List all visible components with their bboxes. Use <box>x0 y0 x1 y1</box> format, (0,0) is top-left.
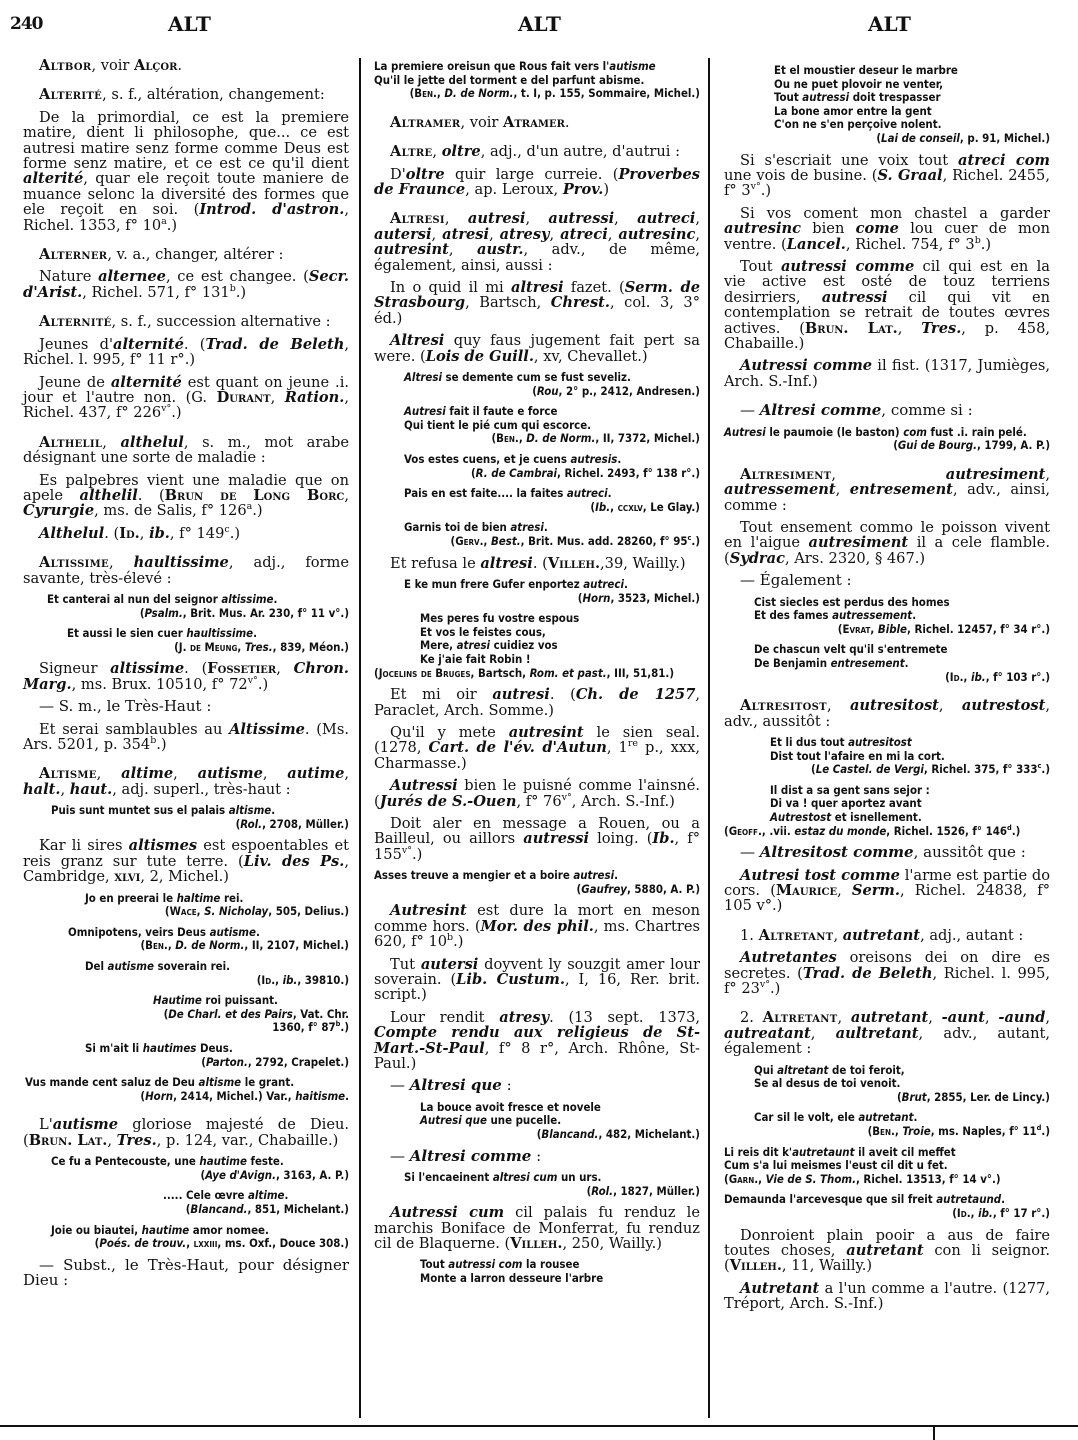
italic-text: Rou <box>537 384 559 398</box>
italic-text: hautime <box>199 1154 247 1168</box>
text-run: .) <box>171 404 181 421</box>
text-run: roi puissant. <box>202 993 278 1007</box>
prose-citation: Nature alternee, ce est changee. (Secr. … <box>23 269 349 300</box>
italic-text: haut. <box>70 781 113 798</box>
text-run: Joie ou biautei, <box>51 1223 142 1237</box>
text-run: , 839, Méon.) <box>273 640 349 654</box>
source-reference: (R. de Cambrai, Richel. 2493, f° 138 r°.… <box>404 467 700 481</box>
prose-citation: Autresint est dure la mort en meson comm… <box>374 903 700 949</box>
italic-text: Brut <box>902 1090 927 1104</box>
prose-citation: Donroient plain pooir a aus de faire tou… <box>724 1228 1050 1274</box>
source-reference: (De Charl. et des Pairs, Vat. Chr. 1360,… <box>153 1008 349 1035</box>
text-run: . <box>284 1188 288 1202</box>
verse-line: Qu'il le jette del torment e del parfunt… <box>374 74 700 88</box>
italic-text: autreci <box>567 486 608 500</box>
text-run: Cist siecles est perdus des homes <box>754 595 950 609</box>
verse-citation: Autresi fait il faute e forceQui tient l… <box>374 405 700 446</box>
verse-line: De Benjamin entresement. <box>754 657 1050 671</box>
text-run: , <box>898 320 921 337</box>
italic-text: entresement <box>831 656 905 670</box>
italic-text: De Charl. et des Pairs <box>168 1007 293 1021</box>
verse-citation: Jo en preerai le haltime rei.(Wace, S. N… <box>23 892 349 919</box>
text-run: , 11, Wailly.) <box>782 1257 872 1274</box>
verse-line: Et el moustier deseur le marbre <box>774 64 1050 78</box>
column-divider <box>359 58 361 1418</box>
italic-text: autresis <box>571 452 618 466</box>
text-run: , <box>971 1206 978 1220</box>
italic-text: Lois de Guill. <box>426 348 534 365</box>
source-reference: (Lai de conseil, p. 91, Michel.) <box>774 132 1050 146</box>
verse-line: Li reis dit k'autretaunt il aveit cil me… <box>724 1146 1050 1160</box>
text-run: . <box>912 608 916 622</box>
text-run: , .vii. <box>762 824 795 838</box>
prose-citation: Kar li sires altismes est espoentables e… <box>23 838 349 884</box>
verse-citation: Vus mande cent saluz de Deu altisme le g… <box>23 1076 349 1103</box>
italic-text: Serm. <box>852 882 900 899</box>
text-run: Mere, <box>420 638 457 652</box>
italic-text: autretaund <box>936 1192 1001 1206</box>
verse-citation: Car sil le volt, ele autretant.(Ben., Tr… <box>724 1111 1050 1138</box>
text-run: , Richel. 375, f° 333 <box>924 762 1038 776</box>
italic-text: Jurés de S.-Ouen <box>380 793 517 810</box>
text-run: , t. I, p. 155, Sommaire, Michel.) <box>513 86 700 100</box>
text-run: , Le Glay.) <box>643 500 700 514</box>
text-run: , f° 17 r°.) <box>993 1206 1050 1220</box>
text-run: , <box>484 534 491 548</box>
text-run: — S. m., le Très-Haut : <box>39 697 211 715</box>
text-run: , 2° p., 2412, Andresen.) <box>559 384 700 398</box>
italic-text: Introd. d'astron. <box>199 201 344 218</box>
text-run: , <box>237 640 244 654</box>
text-run: .) <box>412 846 422 863</box>
italic-text: ib. <box>978 1206 993 1220</box>
footer-rule <box>0 1425 1078 1427</box>
italic-text: S. Graal <box>878 167 943 184</box>
text-run: , <box>837 882 852 899</box>
text-run: , II, 2107, Michel.) <box>244 938 349 952</box>
italic-text: Horn <box>582 591 610 605</box>
source-reference: (Garn., Vie de S. Thom., Richel. 13513, … <box>724 1173 1050 1187</box>
verse-citation: Il dist a sa gent sans sejor :Di va ! qu… <box>724 784 1050 838</box>
text-run: . <box>617 452 621 466</box>
verse-line: Hautime roi puissant. <box>153 994 349 1008</box>
author-name: Geoff. <box>729 824 762 838</box>
verse-line: Ke j'aie fait Robin ! <box>420 653 700 667</box>
text-run: , s. f., succession alternative : <box>112 313 331 330</box>
dictionary-entry: Altissime, haultissime, adj., forme sava… <box>23 555 349 586</box>
italic-text: Sydrac <box>730 550 785 567</box>
text-run: — <box>740 401 760 419</box>
prose-citation: Lour rendit atresy. (13 sept. 1373, Comp… <box>374 1010 700 1072</box>
text-run: une pucelle. <box>487 1113 561 1127</box>
text-column-1: Altbor, voir Alçor.Alterité, s. f., alté… <box>23 58 349 1296</box>
source-reference: (Poés. de trouv., lxxiii, ms. Oxf., Douc… <box>51 1237 349 1251</box>
italic-text: Rol. <box>591 1184 613 1198</box>
text-run: , Richel. 1526, f° 146 <box>886 824 1007 838</box>
text-run: (J. <box>174 640 190 654</box>
italic-text: Ib. <box>652 830 674 847</box>
source-reference: (Ib., ccxlv, Le Glay.) <box>404 501 700 515</box>
text-run: , ap. Leroux, <box>465 181 563 198</box>
verse-line: Monte a larron desseure l'arbre <box>420 1272 700 1286</box>
verse-citation: Hautime roi puissant.(De Charl. et des P… <box>23 994 349 1035</box>
italic-text: Le Castel. de Vergi <box>816 762 924 776</box>
verse-line: Qui tient le pié cum qui escorce. <box>404 419 700 433</box>
text-run: — Également : <box>740 571 852 589</box>
verse-line: Jo en preerai le haltime rei. <box>85 892 349 906</box>
verse-citation: Asses treuve a mengier et a boire autres… <box>374 869 700 896</box>
text-run: Qui <box>754 1063 777 1077</box>
italic-text: Althelul <box>39 525 104 542</box>
headword: Alterner <box>39 246 107 263</box>
prose-citation: Si vos coment mon chastel a garder autre… <box>724 206 1050 252</box>
text-run: Et vos le feistes cous, <box>420 625 546 639</box>
italic-text: com <box>903 425 927 439</box>
text-run: doit trespasser <box>849 90 940 104</box>
italic-text: autretaunt <box>792 1145 854 1159</box>
text-run: Et des fames <box>754 608 832 622</box>
text-run: C'on ne s'en perçoive nolent. <box>774 117 941 131</box>
text-run: de toi feroit, <box>828 1063 904 1077</box>
text-run: , Arch. S.-Inf.) <box>572 793 675 810</box>
italic-text: Altresi <box>404 370 442 384</box>
verse-line: Pais en est faite.... la faites autreci. <box>404 487 700 501</box>
text-run: .) <box>230 525 240 542</box>
author-name: Alçor <box>134 57 177 74</box>
italic-text: Tres. <box>117 1132 157 1149</box>
text-run: Demaunda l'arcevesque que sil freit <box>724 1192 936 1206</box>
text-run: , 2414, Michel.) Var., <box>173 1089 295 1103</box>
italic-text: altisme <box>199 1075 242 1089</box>
text-run: Asses treuve a mengier et a boire <box>374 868 573 882</box>
text-run: v° <box>402 845 412 856</box>
italic-text: Altresi comme <box>760 401 882 419</box>
text-run: , 505, Delius.) <box>268 904 349 918</box>
verse-line: Autresi le paumoie (le baston) com fust … <box>724 426 1050 440</box>
italic-text: R. de Cambrai <box>476 466 557 480</box>
verse-line: ..... Cele œvre altime. <box>163 1189 349 1203</box>
text-run: — Subst., le Très-Haut, pour désigner Di… <box>23 1256 349 1289</box>
text-run: , 1827, Müller.) <box>613 1184 700 1198</box>
text-run: Et canterai al nun del seignor <box>47 592 221 606</box>
text-run: , adj., d'un autre, d'autrui : <box>481 143 680 160</box>
text-run: v° <box>751 182 761 193</box>
text-run: cuidiez vos <box>490 638 558 652</box>
text-run: , voir <box>91 57 134 74</box>
italic-text: autisme <box>609 59 655 73</box>
text-run: le grant. <box>241 1075 294 1089</box>
italic-text: atresi <box>457 638 490 652</box>
headword: Alterité <box>39 86 102 103</box>
text-run: , <box>827 697 850 714</box>
italic-text: Lancel. <box>787 236 846 253</box>
text-run: Et li dus tout <box>770 735 848 749</box>
text-run: , 5880, A. P.) <box>627 882 700 896</box>
text-run: amor nomee. <box>189 1223 269 1237</box>
verse-citation: Omnipotens, veirs Deus autisme.(Ben., D.… <box>23 926 349 953</box>
italic-text: autisme <box>210 925 256 939</box>
verse-citation: Si l'encaeinent altresi cum un urs.(Rol.… <box>374 1171 700 1198</box>
italic-text: altime <box>248 1188 284 1202</box>
verse-citation: ..... Cele œvre altime.(Blancand., 851, … <box>23 1189 349 1216</box>
dictionary-entry: Altramer, voir Atramer. <box>374 115 700 130</box>
author-name: Jocelins de Bruges <box>379 666 471 680</box>
text-run: , II, 7372, Michel.) <box>595 431 700 445</box>
italic-text: entresement <box>850 481 953 498</box>
text-run: Tout <box>420 1257 448 1271</box>
italic-text: autressement <box>832 608 912 622</box>
italic-text: autrestost <box>962 697 1045 714</box>
text-run: fust .i. rain pelé. <box>927 425 1027 439</box>
text-run: , ms. Oxf., Douce 308.) <box>217 1236 349 1250</box>
italic-text: Bible <box>878 622 907 636</box>
verse-line: Cum s'a lui meismes l'eust cil dit u fet… <box>724 1159 1050 1173</box>
prose-citation: Si s'escriait une voix tout atreci com u… <box>724 153 1050 199</box>
text-run: . <box>256 925 260 939</box>
italic-text: Tres. <box>921 320 961 337</box>
italic-text: autressi com <box>448 1257 522 1271</box>
verse-line: Vus mande cent saluz de Deu altisme le g… <box>25 1076 349 1090</box>
text-run: . <box>345 1089 349 1103</box>
text-run: rei. <box>220 891 243 905</box>
prose-citation: In o quid il mi altresi fazet. (Serm. de… <box>374 280 700 326</box>
running-head-right: ALT <box>868 12 911 36</box>
italic-text: Blancand. <box>190 1202 247 1216</box>
verse-line: Si l'encaeinent altresi cum un urs. <box>404 1171 700 1185</box>
italic-text: Ib. <box>595 500 610 514</box>
text-run: , <box>107 1132 116 1149</box>
verse-line: Et vos le feistes cous, <box>420 626 700 640</box>
text-run: feste. <box>247 1154 284 1168</box>
verse-line: La bone amor entre la gent <box>774 105 1050 119</box>
verse-citation: Et canterai al nun del seignor altissime… <box>23 593 349 620</box>
source-reference: (Psalm., Brit. Mus. Ar. 230, f° 11 v°.) <box>47 607 349 621</box>
text-run: La premiere oreisun que Rous fait vers l… <box>374 59 609 73</box>
italic-text: Parton. <box>206 1055 248 1069</box>
verse-line: Ce fu a Pentecouste, une hautime feste. <box>51 1155 349 1169</box>
text-run: , <box>344 487 349 504</box>
text-run: , Richel. 13513, f° 14 v°.) <box>856 1172 1001 1186</box>
author-name: lxxiii <box>194 1236 218 1250</box>
verse-line: Se al desus de toi venoit. <box>754 1077 1050 1091</box>
author-name: xlvi <box>114 868 140 885</box>
source-reference: (Parton., 2792, Crapelet.) <box>85 1056 349 1070</box>
italic-text: Aye d'Avign. <box>205 1168 276 1182</box>
verse-line: Vos estes cuens, et je cuens autresis. <box>404 453 700 467</box>
italic-text: autretant <box>858 1110 913 1124</box>
text-run: .) <box>1041 762 1050 776</box>
text-run: v° <box>248 675 258 686</box>
verse-line: Di va ! quer aportez avant <box>770 797 1050 811</box>
sub-sense: — Altresi comme : <box>374 1149 700 1164</box>
dictionary-entry: Alterité, s. f., altération, changement: <box>23 87 349 102</box>
italic-text: Cyrurgie <box>23 502 94 519</box>
text-run: , voir <box>460 114 503 131</box>
verse-line: Garnis toi de bien atresi. <box>404 521 700 535</box>
italic-text: D. de Norm. <box>526 431 595 445</box>
source-reference: (Ben., D. de Norm., II, 7372, Michel.) <box>404 432 700 446</box>
italic-text: Best. <box>491 534 521 548</box>
source-reference: (Jocelins de Bruges, Bartsch, Rom. et pa… <box>374 667 700 681</box>
text-run: , <box>963 670 970 684</box>
text-run: , 250, Wailly.) <box>562 1235 661 1252</box>
text-run: . <box>544 520 548 534</box>
prose-citation: Altresi quy faus jugement fait pert sa w… <box>374 333 700 364</box>
verse-line: Mere, atresi cuidiez vos <box>420 639 700 653</box>
dictionary-entry: Alterner, v. a., changer, altérer : <box>23 247 349 262</box>
italic-text: Altresitost comme <box>760 843 914 861</box>
verse-line: E ke mun frere Gufer enportez autreci. <box>404 578 700 592</box>
text-run: . <box>271 803 275 817</box>
italic-text: autisme <box>108 959 154 973</box>
prose-citation: Autressi bien le puisné comme l'ainsné. … <box>374 778 700 809</box>
verse-citation: Demaunda l'arcevesque que sil freit autr… <box>724 1193 1050 1220</box>
verse-line: Autresi fait il faute e force <box>404 405 700 419</box>
text-run: , ms. Naples, f° 11 <box>931 1124 1037 1138</box>
text-run: Monte a larron desseure l'arbre <box>420 1271 603 1285</box>
text-run: , 1799, A. P.) <box>977 438 1050 452</box>
verse-line: Et li dus tout autresitost <box>770 736 1050 750</box>
prose-citation: Qu'il y mete autresint le sien seal. (12… <box>374 725 700 771</box>
text-run: .) <box>691 534 700 548</box>
text-run: Del <box>85 959 108 973</box>
italic-text: D. de Norm. <box>444 86 513 100</box>
italic-text: Gui de Bourg. <box>898 438 977 452</box>
text-run: fait il faute e force <box>446 404 558 418</box>
prose-citation: L'autisme gloriose majesté de Dieu. (Bru… <box>23 1117 349 1148</box>
text-run: se demente cum se fust seveliz. <box>442 370 631 384</box>
text-run: De Benjamin <box>754 656 831 670</box>
verse-line: Mes peres fu vostre espous <box>420 612 700 626</box>
prose-citation: Autretantes oreisons dei on dire es secr… <box>724 950 1050 996</box>
text-run: , <box>140 525 149 542</box>
author-name: Ben. <box>145 938 168 952</box>
verse-citation: Et aussi le sien cuer haultissime.(J. de… <box>23 627 349 654</box>
source-reference: (Ben., D. de Norm., II, 2107, Michel.) <box>68 939 349 953</box>
author-name: Id. <box>950 670 964 684</box>
text-run: Vus mande cent saluz de Deu <box>25 1075 199 1089</box>
italic-text: Altresi comme <box>410 1147 532 1165</box>
text-run: , <box>758 1172 765 1186</box>
text-run: , p. 91, Michel.) <box>960 131 1050 145</box>
prose-citation: Jeunes d'alternité. (Trad. de Beleth, Ri… <box>23 337 349 368</box>
italic-text: Autresi <box>404 404 446 418</box>
dictionary-entry: Alternité, s. f., succession alternative… <box>23 314 349 329</box>
italic-text: hautimes <box>143 1041 197 1055</box>
italic-text: Prov. <box>563 181 604 198</box>
prose-citation: Doit aler en message a Rouen, ou a Baill… <box>374 816 700 862</box>
dictionary-entry: Althelil, althelul, s. m., mot arabe dés… <box>23 435 349 466</box>
author-name: ccxlv <box>618 500 643 514</box>
verse-line: Puis sunt muntet sus el palais altisme. <box>51 804 349 818</box>
text-run: Ke j'aie fait Robin ! <box>420 652 531 666</box>
author-name: Brun. Lat. <box>29 1132 108 1149</box>
italic-text: Rol. <box>240 817 262 831</box>
italic-text: Autrestost <box>770 810 831 824</box>
verse-line: Asses treuve a mengier et a boire autres… <box>374 869 700 883</box>
text-run: .) <box>453 933 463 950</box>
text-run: La bone amor entre la gent <box>774 104 932 118</box>
text-run: Dist tout l'afaire en mi la cort. <box>770 749 945 763</box>
text-run: ,39, Wailly.) <box>600 555 686 572</box>
italic-text: Psalm. <box>145 606 183 620</box>
text-run: , III, 51,81.) <box>607 666 674 680</box>
verse-citation: Del autisme soverain rei.(Id., ib., 3981… <box>23 960 349 987</box>
italic-text: Troie <box>902 1124 930 1138</box>
italic-text: halt. <box>23 781 60 798</box>
verse-citation: Li reis dit k'autretaunt il aveit cil me… <box>724 1146 1050 1187</box>
text-run: , p. 124, var., Chabaille.) <box>157 1132 339 1149</box>
text-run: , <box>939 697 962 714</box>
verse-line: Demaunda l'arcevesque que sil freit autr… <box>724 1193 1050 1207</box>
prose-citation: Jeune de alternité est quant on jeune .i… <box>23 375 349 421</box>
text-run: Qui tient le pié cum qui escorce. <box>404 418 591 432</box>
verse-line: C'on ne s'en perçoive nolent. <box>774 118 1050 132</box>
source-reference: (Rol., 2708, Müller.) <box>51 818 349 832</box>
text-run: la rousee <box>522 1257 579 1271</box>
verse-citation: Puis sunt muntet sus el palais altisme.(… <box>23 804 349 831</box>
text-run: — <box>390 1076 410 1094</box>
text-run: , 2855, Ler. de Lincy.) <box>927 1090 1050 1104</box>
italic-text: autretant <box>843 927 920 944</box>
author-name: Atramer <box>503 114 565 131</box>
running-head-center: ALT <box>518 12 561 36</box>
italic-text: Ration. <box>285 389 345 406</box>
prose-citation: Autretant a l'un comme a l'autre. (1277,… <box>724 1281 1050 1312</box>
text-run: .) <box>236 284 246 301</box>
text-run: , <box>432 143 441 160</box>
author-name: Wace <box>170 904 197 918</box>
prose-citation: D'oltre quir large curreie. (Proverbes d… <box>374 167 700 198</box>
text-run: .) <box>156 736 166 753</box>
verse-citation: De chascun velt qu'il s'entremeteDe Benj… <box>724 643 1050 684</box>
running-head-left: ALT <box>168 12 211 36</box>
sub-sense: — Subst., le Très-Haut, pour désigner Di… <box>23 1258 349 1289</box>
author-name: Id. <box>261 973 275 987</box>
text-run: , <box>811 1025 836 1042</box>
verse-line: Qui altretant de toi feroit, <box>754 1064 1050 1078</box>
text-run: , 39810.) <box>297 973 349 987</box>
text-run: , 851, Michelant.) <box>247 1202 349 1216</box>
text-run: loing. ( <box>589 830 652 847</box>
source-reference: (Wace, S. Nicholay, 505, Delius.) <box>85 905 349 919</box>
text-run: , Richel. 2493, f° 138 r°.) <box>557 466 700 480</box>
italic-text: Poés. de trouv. <box>99 1236 186 1250</box>
italic-text: ib. <box>149 525 170 542</box>
prose-citation: Autresi tost comme l'arme est partie do … <box>724 868 1050 914</box>
headword: Altre <box>390 143 432 160</box>
italic-text: Gaufrey <box>581 882 627 896</box>
text-run: Se al desus de toi venoit. <box>754 1076 900 1090</box>
italic-text: Horn <box>145 1089 173 1103</box>
text-run: Si m'ait li <box>85 1041 143 1055</box>
prose-citation: Autressi comme il fist. (1317, Jumièges,… <box>724 358 1050 389</box>
text-run: . <box>614 868 618 882</box>
text-run: , <box>870 622 877 636</box>
author-name: Id. <box>957 1206 971 1220</box>
text-run: , xv, Chevallet.) <box>534 348 648 365</box>
verse-citation: Si m'ait li hautimes Deus.(Parton., 2792… <box>23 1042 349 1069</box>
source-reference: (Horn, 2414, Michel.) Var., haitisme. <box>25 1090 349 1104</box>
headword: Alternité <box>39 313 112 330</box>
prose-citation: Et mi oir autresi. (Ch. de 1257, Paracle… <box>374 687 700 718</box>
text-run: .) <box>1041 1124 1050 1138</box>
text-run: . <box>253 626 257 640</box>
text-run: , Ars. 2320, § 467.) <box>785 550 925 567</box>
text-run: , 3163, A. P.) <box>276 1168 349 1182</box>
verse-citation: Altresi se demente cum se fust seveliz.(… <box>374 371 700 398</box>
dictionary-entry: Altresiment, autresiment, autressement, … <box>724 467 1050 513</box>
